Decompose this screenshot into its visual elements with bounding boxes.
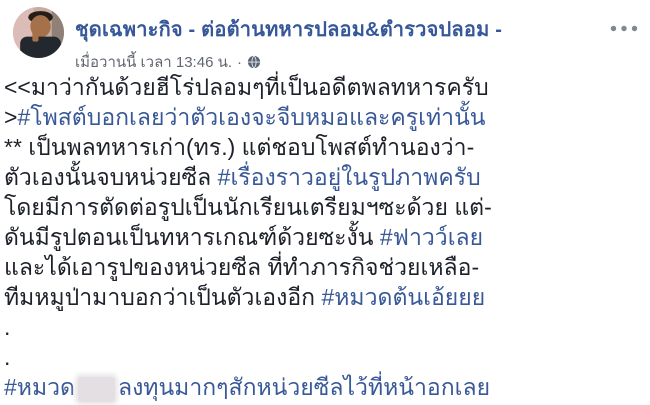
hashtag-link[interactable]: ลงทุนมากๆสักหน่วยซีลไว้ที่หน้าอกเลย [118,374,490,400]
post-line: ทีมหมูป่ามาบอกว่าเป็นตัวเองอีก #หมวดต้นเ… [4,282,648,312]
globe-icon [247,55,261,69]
post-line: . [4,312,648,342]
post-line: ดันมีรูปตอนเป็นทหารเกณฑ์ด้วยซะงั้น #ฟาวว… [4,222,648,252]
more-options-button[interactable] [602,7,644,45]
post-body: <<มาว่ากันด้วยฮีโร่ปลอมๆที่เป็นอดีตพลทหา… [4,72,648,402]
post-line: . [4,342,648,372]
hashtag-link[interactable]: #หมวด [4,374,75,400]
post-line: โดยมีการตัดต่อรูปเป็นนักเรียนเตรียมฯซะด้… [4,192,648,222]
avatar-photo [13,7,64,58]
post-text: โดยมีการตัดต่อรูปเป็นนักเรียนเตรียมฯซะด้… [4,194,492,220]
post-line: #หมวดลงทุนมากๆสักหน่วยซีลไว้ที่หน้าอกเลย [4,372,648,402]
post-text: ดันมีรูปตอนเป็นทหารเกณฑ์ด้วยซะงั้น [4,224,380,250]
facebook-post: ชุดเฉพาะกิจ - ต่อต้านทหารปลอม&ตำรวจปลอม … [0,0,650,405]
post-text: > [4,104,17,130]
post-text: <<มาว่ากันด้วยฮีโร่ปลอมๆที่เป็นอดีตพลทหา… [4,74,489,100]
hashtag-link[interactable]: #ฟาวว์เลย [380,224,483,250]
post-meta: ชุดเฉพาะกิจ - ต่อต้านทหารปลอม&ตำรวจปลอม … [75,7,502,74]
hashtag-link[interactable]: #โพสต์บอกเลยว่าตัวเองจะจีบหมอและครูเท่าน… [17,104,485,130]
post-text: . [4,344,10,370]
post-line: ** เป็นพลทหารเก่า(ทร.) แต่ชอบโพสต์ทำนองว… [4,132,648,162]
censored-blur-patch [78,377,115,402]
post-text: และได้เอารูปของหน่วยซีล ที่ทำภารกิจช่วยเ… [4,254,479,280]
post-text: ** เป็นพลทหารเก่า(ทร.) แต่ชอบโพสต์ทำนองว… [4,134,474,160]
post-text: ตัวเองนั้นจบหน่วยซีล [4,164,218,190]
post-line: ตัวเองนั้นจบหน่วยซีล #เรื่องราวอยู่ในรูป… [4,162,648,192]
dot-separator: · [237,54,242,71]
three-dots-icon [610,25,638,32]
post-line: และได้เอารูปของหน่วยซีล ที่ทำภารกิจช่วยเ… [4,252,648,282]
timestamp[interactable]: เมื่อวานนี้ เวลา 13:46 น. [75,50,232,74]
page-name-link[interactable]: ชุดเฉพาะกิจ - ต่อต้านทหารปลอม&ตำรวจปลอม … [75,13,502,45]
post-line: >#โพสต์บอกเลยว่าตัวเองจะจีบหมอและครูเท่า… [4,102,648,132]
post-subline: เมื่อวานนี้ เวลา 13:46 น. · [75,50,502,74]
avatar[interactable] [13,7,64,58]
hashtag-link[interactable]: #หมวดต้นเอ้ยยย [321,284,485,310]
hashtag-link[interactable]: #เรื่องราวอยู่ในรูปภาพครับ [218,164,481,190]
post-header: ชุดเฉพาะกิจ - ต่อต้านทหารปลอม&ตำรวจปลอม … [13,7,644,74]
post-line: <<มาว่ากันด้วยฮีโร่ปลอมๆที่เป็นอดีตพลทหา… [4,72,648,102]
post-text: ทีมหมูป่ามาบอกว่าเป็นตัวเองอีก [4,284,321,310]
post-text: . [4,314,10,340]
